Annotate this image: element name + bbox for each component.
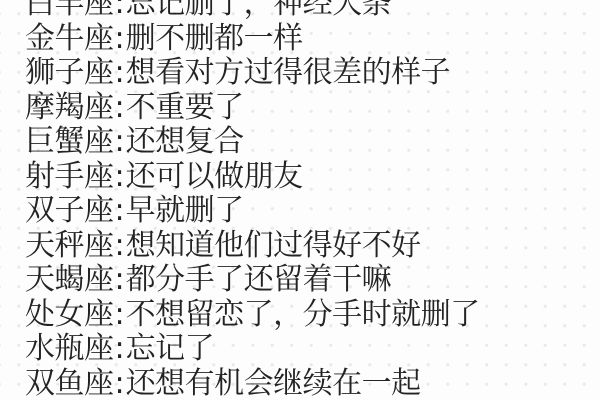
colon-separator: : xyxy=(114,125,126,160)
colon-separator: : xyxy=(114,298,126,333)
colon-separator: : xyxy=(114,56,126,91)
zodiac-row: 处女座:不想留恋了，分手时就删了 xyxy=(25,298,600,333)
zodiac-answer: 都分手了还留着干嘛 xyxy=(126,262,392,297)
zodiac-row: 水瓶座:忘记了 xyxy=(25,332,600,367)
zodiac-row: 白羊座:忘记删了，神经大条 xyxy=(25,0,600,22)
text-image-canvas: 白羊座:忘记删了，神经大条金牛座:删不删都一样狮子座:想看对方过得很差的样子摩羯… xyxy=(0,0,600,400)
zodiac-row: 射手座:还可以做朋友 xyxy=(25,160,600,195)
zodiac-answer: 不想留恋了，分手时就删了 xyxy=(126,297,480,332)
colon-separator: : xyxy=(114,0,126,22)
colon-separator: : xyxy=(114,332,126,367)
zodiac-row: 金牛座:删不删都一样 xyxy=(25,22,600,57)
zodiac-sign: 巨蟹座 xyxy=(25,124,114,159)
zodiac-answer: 想看对方过得很差的样子 xyxy=(126,55,451,90)
colon-separator: : xyxy=(114,263,126,298)
zodiac-answer: 还可以做朋友 xyxy=(126,159,303,194)
zodiac-row: 双鱼座:还想有机会继续在一起 xyxy=(25,367,600,400)
zodiac-answer: 早就删了 xyxy=(126,193,244,228)
zodiac-sign: 双子座 xyxy=(25,193,114,228)
zodiac-sign: 金牛座 xyxy=(25,21,114,56)
zodiac-sign: 水瓶座 xyxy=(25,331,114,366)
zodiac-answer: 还想复合 xyxy=(126,124,244,159)
zodiac-sign: 摩羯座 xyxy=(25,90,114,125)
colon-separator: : xyxy=(114,194,126,229)
zodiac-row: 天蝎座:都分手了还留着干嘛 xyxy=(25,263,600,298)
zodiac-answer: 删不删都一样 xyxy=(126,21,303,56)
zodiac-sign: 双鱼座 xyxy=(25,366,114,400)
zodiac-sign: 天秤座 xyxy=(25,228,114,263)
zodiac-row: 狮子座:想看对方过得很差的样子 xyxy=(25,56,600,91)
zodiac-row: 摩羯座:不重要了 xyxy=(25,91,600,126)
zodiac-row: 双子座:早就删了 xyxy=(25,194,600,229)
colon-separator: : xyxy=(114,367,126,400)
colon-separator: : xyxy=(114,229,126,264)
zodiac-answer: 忘记删了，神经大条 xyxy=(126,0,392,21)
zodiac-answer: 不重要了 xyxy=(126,90,244,125)
zodiac-answer: 忘记了 xyxy=(126,331,215,366)
zodiac-answer: 还想有机会继续在一起 xyxy=(126,366,421,400)
zodiac-sign: 天蝎座 xyxy=(25,262,114,297)
zodiac-sign: 白羊座 xyxy=(25,0,114,21)
zodiac-sign: 射手座 xyxy=(25,159,114,194)
colon-separator: : xyxy=(114,160,126,195)
zodiac-row: 天秤座:想知道他们过得好不好 xyxy=(25,229,600,264)
colon-separator: : xyxy=(114,22,126,57)
colon-separator: : xyxy=(114,91,126,126)
zodiac-list: 白羊座:忘记删了，神经大条金牛座:删不删都一样狮子座:想看对方过得很差的样子摩羯… xyxy=(25,0,600,400)
zodiac-sign: 狮子座 xyxy=(25,55,114,90)
zodiac-row: 巨蟹座:还想复合 xyxy=(25,125,600,160)
zodiac-answer: 想知道他们过得好不好 xyxy=(126,228,421,263)
zodiac-sign: 处女座 xyxy=(25,297,114,332)
